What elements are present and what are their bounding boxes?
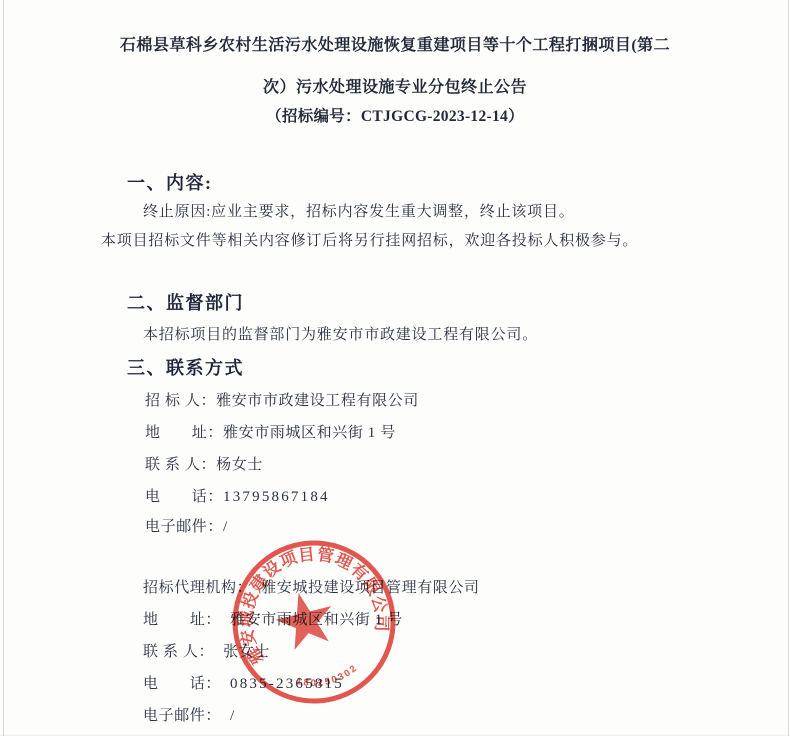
section-2-heading: 二、监督部门 <box>127 292 244 315</box>
bidder-contact-person-label: 联 系 人： <box>145 453 216 474</box>
bidder-address-value: 雅安市雨城区和兴街 1 号 <box>223 425 396 441</box>
seal-star-icon <box>271 586 339 652</box>
section-3-heading: 三、联系方式 <box>127 357 244 380</box>
section-1-paragraph-2: 本项目招标文件等相关内容修订后将另行挂网招标，欢迎各投标人积极参与。 <box>101 232 638 251</box>
bidder-address-row: 地 址：雅安市雨城区和兴街 1 号 <box>145 421 396 442</box>
bidder-phone-value: 13795867184 <box>223 489 330 505</box>
agency-email-value: / <box>221 708 235 724</box>
agency-phone-label: 电 话： <box>143 672 221 693</box>
bidder-phone-label: 电 话： <box>145 485 223 506</box>
page-title-line-1: 石棉县草科乡农村生活污水处理设施恢复重建项目等十个工程打捆项目(第二 <box>0 36 790 56</box>
bidder-phone-row: 电 话：13795867184 <box>145 485 330 506</box>
svg-text:雅安城投建设项目管理有限公司: 雅安城投建设项目管理有限公司 <box>219 528 395 669</box>
bidder-name-label: 招 标 人： <box>145 389 216 410</box>
bidder-address-label: 地 址： <box>145 421 223 442</box>
bidder-email-label: 电子邮件： <box>145 515 223 536</box>
agency-email-label: 电子邮件： <box>143 704 221 725</box>
official-seal-stamp: 雅安城投建设项目管理有限公司 5118025030279 <box>210 518 419 727</box>
bidder-email-row: 电子邮件：/ <box>145 515 228 536</box>
bidder-name-row: 招 标 人：雅安市市政建设工程有限公司 <box>145 389 419 410</box>
agency-email-row: 电子邮件：/ <box>143 704 235 725</box>
section-2-paragraph-1: 本招标项目的监督部门为雅安市市政建设工程有限公司。 <box>143 326 538 345</box>
bidder-email-value: / <box>223 519 228 535</box>
agency-address-label: 地 址： <box>143 608 221 629</box>
section-1-paragraph-1: 终止原因:应业主要求，招标内容发生重大调整，终止该项目。 <box>143 203 575 222</box>
section-1-heading: 一、内容: <box>127 172 213 195</box>
seal-ring-text: 雅安城投建设项目管理有限公司 <box>219 528 395 669</box>
agency-contact-person-label: 联 系 人： <box>143 640 214 661</box>
page-title-line-2: 次）污水处理设施专业分包终止公告 <box>0 78 790 98</box>
bidder-contact-person-value: 杨女士 <box>216 457 263 473</box>
tender-number-line: （招标编号：CTJGCG-2023-12-14） <box>0 107 790 126</box>
bidder-contact-person-row: 联 系 人：杨女士 <box>145 453 263 474</box>
scanned-notice-page: 石棉县草科乡农村生活污水处理设施恢复重建项目等十个工程打捆项目(第二 次）污水处… <box>0 0 790 736</box>
seal-graphic: 雅安城投建设项目管理有限公司 5118025030279 <box>210 518 419 727</box>
bidder-name-value: 雅安市市政建设工程有限公司 <box>216 393 419 409</box>
